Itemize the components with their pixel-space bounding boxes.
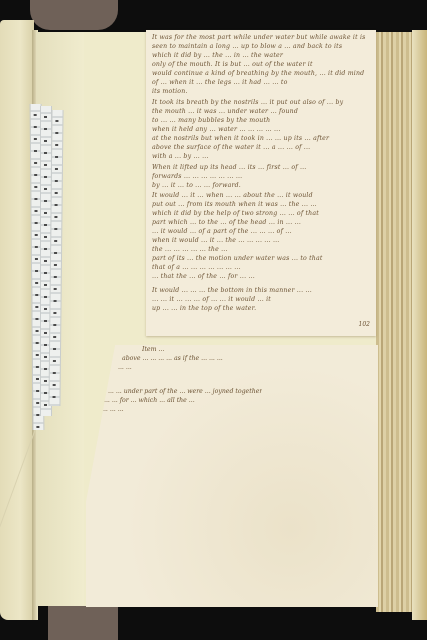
manuscript-line: When it lifted up its head ... its ... f… [152,163,370,172]
manuscript-line: seen to maintain a long ... up to blow a… [152,42,370,51]
manuscript-line: when it held any ... water ... ... ... .… [152,125,370,134]
manuscript-line: put out ... from its mouth when it was .… [152,200,370,209]
manuscript-line: which it did by ... the ... in ... the w… [152,51,370,60]
manuscript-line: by ... it ... to ... ... forward. [152,181,370,190]
lower-line: ... ... for ... which ... all the ... [104,396,195,405]
lower-manuscript-sheet: Item ... above ... ... ... ... as if the… [86,345,378,607]
manuscript-line: that of a ... ... ... ... ... ... ... [152,263,370,272]
lower-line: above ... ... ... ... as if the ... ... … [122,354,223,363]
manuscript-line: only of the mouth. It is but ... out of … [152,60,370,69]
manuscript-line: to ... ... many bubbles by the mouth [152,116,370,125]
manuscript-line: It took its breath by the nostrils ... i… [152,98,370,107]
manuscript-line: forwards ... ... ... ... ... ... ... [152,172,370,181]
manuscript-line: its motion. [152,87,370,96]
manuscript-line: the mouth ... it was ... under water ...… [152,107,370,116]
manuscript-line: It would ... it ... when ... ... about t… [152,191,370,200]
backdrop-cloth-bottom [48,604,118,640]
manuscript-line: up ... ... in the top of the water. [152,304,370,313]
manuscript-line: the ... ... ... ... ... the ... [152,245,370,254]
lower-line: Item ... [142,345,164,354]
manuscript-line: ... it would ... of a part of the ... ..… [152,227,370,236]
manuscript-line: It was for the most part while under wat… [152,33,370,42]
manuscript-line: when it would ... it ... the ... ... ...… [152,236,370,245]
manuscript-line: ... that the ... of the ... for ... ... [152,272,370,281]
manuscript-line: would continue a kind of breathing by th… [152,69,370,78]
manuscript-line: at the nostrils but when it took in ... … [152,134,370,143]
book-board-edge [412,30,427,620]
lower-line: ... ... under part of the ... were ... j… [108,387,262,396]
folio-number: 102 [359,321,370,328]
top-manuscript-sheet: It was for the most part while under wat… [146,30,376,336]
manuscript-line: above the surface of the water it ... a … [152,143,370,152]
manuscript-line: ... ... it ... ... ... of ... ... it wou… [152,295,370,304]
manuscript-line: of ... when it ... the legs ... it had .… [152,78,370,87]
manuscript-line: part which ... to the ... of the head ..… [152,218,370,227]
manuscript-line: It would ... ... ... the bottom in this … [152,286,370,295]
manuscript-line: which it did by the help of two strong .… [152,209,370,218]
lower-line: ... ... [118,363,132,372]
manuscript-line: with a ... by ... ... [152,152,370,161]
lower-line: ... ... ... [102,405,124,414]
page-edges-stack [376,32,416,612]
manuscript-line: part of its ... the motion under water w… [152,254,370,263]
backdrop-cloth [30,0,118,30]
